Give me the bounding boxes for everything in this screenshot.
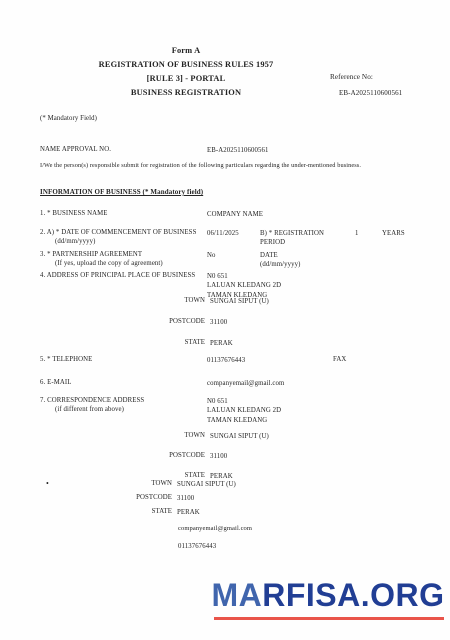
correspondence-address-label: 7. CORRESPONDENCE ADDRESS xyxy=(40,397,144,405)
form-title-line-1: Form A xyxy=(16,44,356,58)
principal-postcode-label: POSTCODE xyxy=(100,318,205,326)
commencement-date-format-hint: (dd/mm/yyyy) xyxy=(55,238,95,246)
reference-value: EB-A2025110600561 xyxy=(339,89,402,98)
form-title-line-4: BUSINESS REGISTRATION xyxy=(16,86,356,100)
telephone-label: 5. * TELEPHONE xyxy=(40,356,92,364)
business-name-label: 1. * BUSINESS NAME xyxy=(40,210,108,218)
business-registration-form-page: Form A REGISTRATION OF BUSINESS RULES 19… xyxy=(0,0,450,640)
registration-period-unit: YEARS xyxy=(382,230,405,238)
owner-state-value: PERAK xyxy=(177,509,200,517)
principal-postcode-value: 31100 xyxy=(210,319,227,327)
partnership-agreement-label: 3. * PARTNERSHIP AGREEMENT xyxy=(40,251,142,259)
principal-address-lines: N0 651 LALUAN KLEDANG 2D TAMAN KLEDANG xyxy=(207,272,281,300)
reference-label: Reference No: xyxy=(330,73,373,82)
correspondence-address-line-3: TAMAN KLEDANG xyxy=(207,416,281,425)
business-name-value: COMPANY NAME xyxy=(207,211,263,219)
marfisa-watermark-logo: MARFISA.ORG xyxy=(210,576,446,614)
owner-phone-value: 01137676443 xyxy=(178,543,216,551)
principal-state-value: PERAK xyxy=(210,340,233,348)
partnership-agreement-hint: (If yes, upload the copy of agreement) xyxy=(55,260,163,268)
principal-address-label: 4. ADDRESS OF PRINCIPAL PLACE OF BUSINES… xyxy=(40,272,195,280)
watermark-text-light: MA xyxy=(211,577,262,613)
watermark-text-dark: RFISA.ORG xyxy=(262,577,444,613)
owner-state-label: STATE xyxy=(70,508,172,516)
declaration-text: I/We the person(s) responsible submit fo… xyxy=(40,162,361,170)
principal-state-label: STATE xyxy=(100,339,205,347)
fax-label: FAX xyxy=(333,356,346,364)
email-value: companyemail@gmail.com xyxy=(207,380,284,388)
owner-town-label: TOWN xyxy=(70,480,172,488)
telephone-value: 01137676443 xyxy=(207,357,245,365)
form-header: Form A REGISTRATION OF BUSINESS RULES 19… xyxy=(16,44,356,100)
owner-town-value: SUNGAI SIPUT (U) xyxy=(177,481,236,489)
form-title-line-2: REGISTRATION OF BUSINESS RULES 1957 xyxy=(16,58,356,72)
correspondence-postcode-label: POSTCODE xyxy=(100,452,205,460)
principal-address-line-1: N0 651 xyxy=(207,272,281,281)
partnership-agreement-value: No xyxy=(207,252,216,260)
correspondence-address-line-2: LALUAN KLEDANG 2D xyxy=(207,406,281,415)
correspondence-address-lines: N0 651 LALUAN KLEDANG 2D TAMAN KLEDANG xyxy=(207,397,281,425)
form-title-line-3: [RULE 3] - PORTAL xyxy=(16,72,356,86)
commencement-date-label: 2. A) * DATE OF COMMENCEMENT OF BUSINESS xyxy=(40,229,196,237)
mandatory-field-note: (* Mandatory Field) xyxy=(40,115,97,123)
bullet-marker: • xyxy=(46,479,49,489)
correspondence-address-line-1: N0 651 xyxy=(207,397,281,406)
correspondence-address-hint: (if different from above) xyxy=(55,406,124,414)
owner-postcode-value: 31100 xyxy=(177,495,194,503)
name-approval-label: NAME APPROVAL NO. xyxy=(40,146,111,154)
principal-town-label: TOWN xyxy=(100,297,205,305)
partnership-date-format-hint: (dd/mm/yyyy) xyxy=(260,261,300,269)
correspondence-town-value: SUNGAI SIPUT (U) xyxy=(210,433,269,441)
registration-period-label-line2: PERIOD xyxy=(260,239,285,247)
partnership-date-label: DATE xyxy=(260,252,278,260)
registration-period-value: 1 xyxy=(355,230,359,238)
registration-period-label-line1: B) * REGISTRATION xyxy=(260,230,324,238)
watermark-underline xyxy=(214,617,444,620)
correspondence-town-label: TOWN xyxy=(100,432,205,440)
principal-address-line-2: LALUAN KLEDANG 2D xyxy=(207,281,281,290)
principal-town-value: SUNGAI SIPUT (U) xyxy=(210,298,269,306)
section-heading-information-of-business: INFORMATION OF BUSINESS (* Mandatory fie… xyxy=(40,188,203,197)
owner-postcode-label: POSTCODE xyxy=(70,494,172,502)
owner-email-value: companyemail@gmail.com xyxy=(178,525,252,533)
email-label: 6. E-MAIL xyxy=(40,379,71,387)
name-approval-value: EB-A2025110600561 xyxy=(207,147,268,155)
commencement-date-value: 06/11/2025 xyxy=(207,230,239,238)
correspondence-postcode-value: 31100 xyxy=(210,453,227,461)
